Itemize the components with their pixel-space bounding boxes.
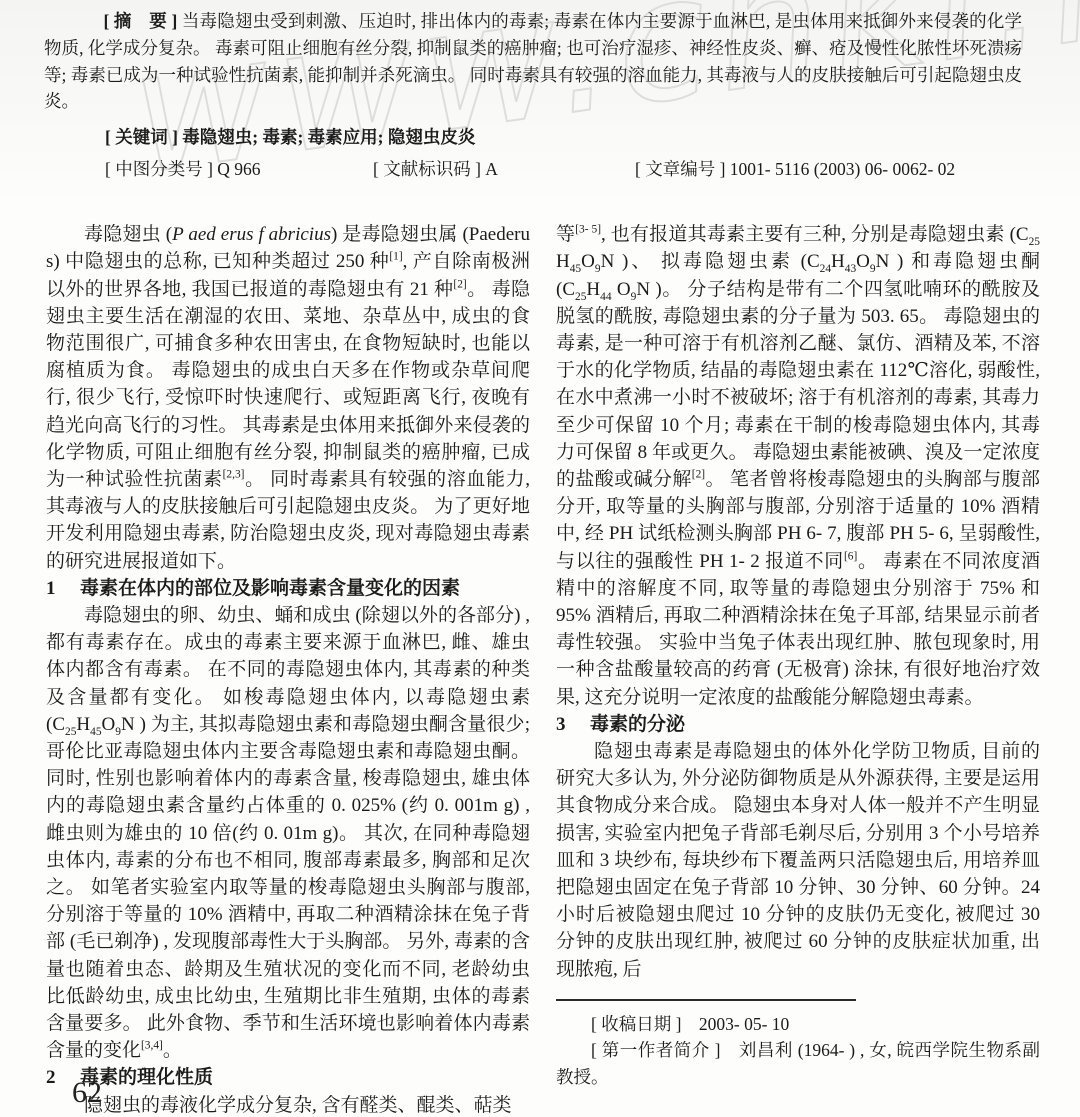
section3-heading: 3毒素的分泌	[556, 711, 1040, 738]
section1-number: 1	[46, 575, 80, 602]
abstract-label: [ 摘 要 ]	[104, 11, 178, 31]
section3-number: 3	[556, 711, 590, 738]
intro-paragraph: 毒隐翅虫 (P aed erus f abricius) 是毒隐翅虫属 (Pae…	[46, 221, 530, 575]
section1-title: 毒素在体内的部位及影响毒素含量变化的因素	[80, 578, 460, 599]
section2-heading: 2毒素的理化性质	[46, 1064, 530, 1091]
keywords-text: 毒隐翅虫; 毒素; 毒素应用; 隐翅虫皮炎	[182, 127, 475, 147]
section2-title: 毒素的理化性质	[80, 1067, 213, 1088]
footnote-divider	[556, 999, 856, 1001]
continued-paragraph: 等[3- 5], 也有报道其毒素主要有三种, 分别是毒隐翅虫素 (C25 H45…	[556, 221, 1040, 711]
article-id: [ 文章编号 ] 1001- 5116 (2003) 06- 0062- 02	[635, 156, 1022, 183]
body-columns: 毒隐翅虫 (P aed erus f abricius) 是毒隐翅虫属 (Pae…	[0, 221, 1080, 1117]
section1-paragraph: 毒隐翅虫的卵、幼虫、蛹和成虫 (除翅以外的各部分) , 都有毒素存在。成虫的毒素…	[46, 602, 530, 1064]
author-bio-label: [ 第一作者简介 ]	[591, 1040, 720, 1060]
section2-number: 2	[46, 1064, 80, 1091]
received-date-line: [ 收稿日期 ] 2003- 05- 10	[556, 1011, 1040, 1038]
keywords-line: [ 关键词 ] 毒隐翅虫; 毒素; 毒素应用; 隐翅虫皮炎	[44, 124, 1022, 151]
received-date-value: 2003- 05- 10	[699, 1014, 789, 1034]
classification-line: [ 中图分类号 ] Q 966 [ 文献标识码 ] A [ 文章编号 ] 100…	[44, 156, 1022, 183]
footnote-block: [ 收稿日期 ] 2003- 05- 10 [ 第一作者简介 ] 刘昌利 (19…	[556, 999, 1040, 1091]
section1-heading: 1毒素在体内的部位及影响毒素含量变化的因素	[46, 575, 530, 602]
received-date-label: [ 收稿日期 ]	[591, 1014, 681, 1034]
right-column: 等[3- 5], 也有报道其毒素主要有三种, 分别是毒隐翅虫素 (C25 H45…	[556, 221, 1040, 1117]
journal-page: www.cnki.net [ 摘 要 ] 当毒隐翅虫受到刺激、压迫时, 排出体内…	[0, 0, 1080, 1117]
abstract-text: 当毒隐翅虫受到刺激、压迫时, 排出体内的毒素; 毒素在体内主要源于血淋巴, 是虫…	[44, 11, 1022, 111]
document-code: [ 文献标识码 ] A	[373, 156, 635, 183]
clc-number: [ 中图分类号 ] Q 966	[105, 156, 373, 183]
section3-paragraph: 隐翅虫毒素是毒隐翅虫的体外化学防卫物质, 目前的研究大多认为, 外分泌防御物质是…	[556, 738, 1040, 983]
front-matter: [ 摘 要 ] 当毒隐翅虫受到刺激、压迫时, 排出体内的毒素; 毒素在体内主要源…	[0, 0, 1080, 183]
abstract-paragraph: [ 摘 要 ] 当毒隐翅虫受到刺激、压迫时, 排出体内的毒素; 毒素在体内主要源…	[44, 8, 1022, 115]
author-bio-line: [ 第一作者简介 ] 刘昌利 (1964- ) , 女, 皖西学院生物系副教授。	[556, 1037, 1040, 1090]
page-content: [ 摘 要 ] 当毒隐翅虫受到刺激、压迫时, 排出体内的毒素; 毒素在体内主要源…	[0, 0, 1080, 1117]
section3-title: 毒素的分泌	[590, 714, 685, 735]
left-column: 毒隐翅虫 (P aed erus f abricius) 是毒隐翅虫属 (Pae…	[46, 221, 530, 1117]
keywords-label: [ 关键词 ]	[105, 127, 178, 147]
section2-paragraph: 隐翅虫的毒液化学成分复杂, 含有醛类、醌类、萜类	[46, 1092, 530, 1117]
